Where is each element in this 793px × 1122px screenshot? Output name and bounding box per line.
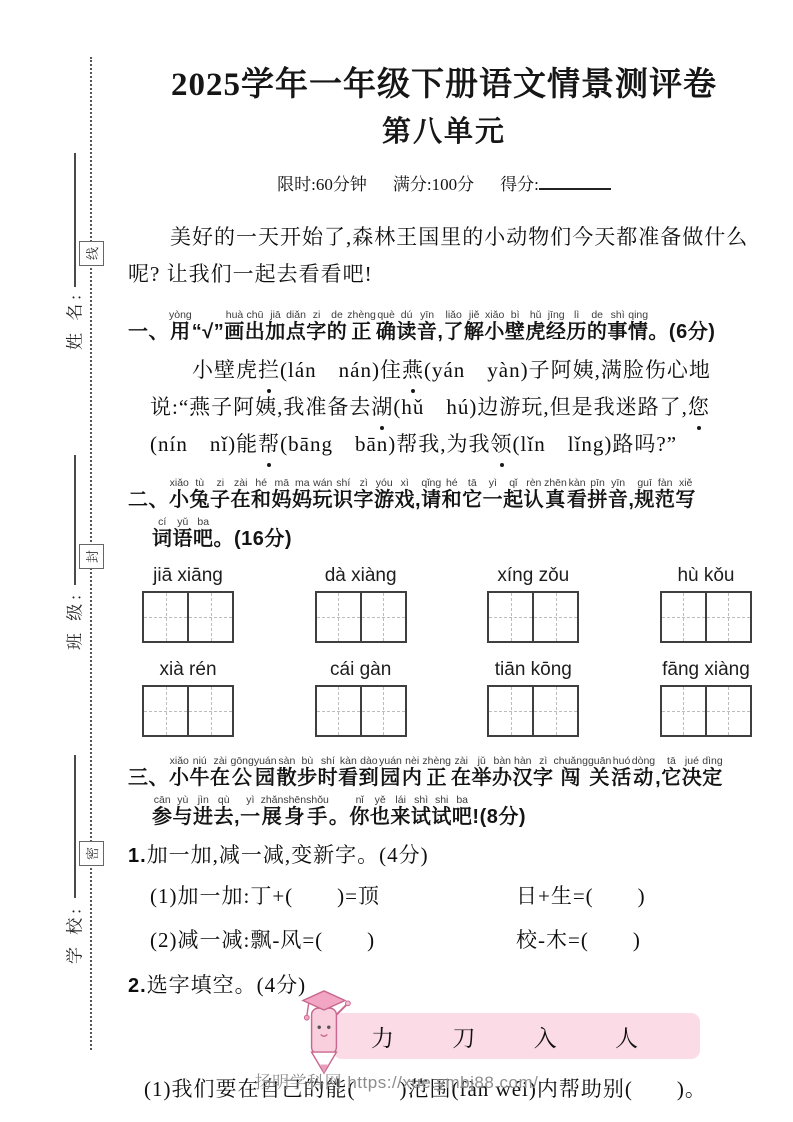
word-entry: xià rén [142,659,234,737]
intro-line-2: 呢? 让我们一起去看看吧! [128,256,760,293]
question2-title: 2.选字填空。(4分) [128,969,760,999]
choice-char: 力 [371,1020,394,1053]
word-pinyin: hù kǒu [660,565,752,587]
choice-char: 入 [534,1020,557,1053]
school-fill-line[interactable] [74,755,76,898]
full-score: 满分:100分 [393,175,474,194]
word-grid-row-1: jiā xiāng dà xiàng xíng zǒu hù kǒu [142,565,752,643]
time-limit: 限时:60分钟 [277,175,367,194]
word-pinyin: cái gàn [315,659,407,681]
word-pinyin: jiā xiāng [142,565,234,587]
question1-row1: (1)加一加:丁+( )=顶 日+生=( ) [128,879,760,913]
q1-row2-right: 校-木=( ) [516,923,641,957]
seal-char-mi: 密 [79,841,104,866]
intro-line-1: 美好的一天开始了,森林王国里的小动物们今天都准备做什么 [128,219,760,256]
pencil-mascot-icon [295,989,353,1075]
word-entry: dà xiàng [315,565,407,643]
exam-info-line: 限时:60分钟满分:100分得分: [128,170,760,195]
seal-char-xian: 线 [79,241,104,266]
writing-grid[interactable] [660,685,752,737]
q1-row2-left: (2)减一减:飘-风=( ) [150,928,375,952]
choice-box: 力 刀 入 人 [333,1013,700,1059]
q1-row1-left: (1)加一加:丁+( )=顶 [150,884,380,908]
intro-paragraph: 美好的一天开始了,森林王国里的小动物们今天都准备做什么 呢? 让我们一起去看看吧… [128,219,760,293]
writing-grid[interactable] [142,591,234,643]
choice-char: 人 [615,1020,638,1053]
writing-grid[interactable] [660,591,752,643]
test-paper-page: 姓 名: 班 级: 学 校: 线 封 密 2025学年一年级下册语文情景测评卷 … [0,0,793,1122]
name-fill-line[interactable] [74,153,76,287]
passage-line: 小壁虎拦(lán nán)住燕(yán yàn)子阿姨,满脸伤心地 [150,352,760,389]
word-entry: hù kǒu [660,565,752,643]
writing-grid[interactable] [487,591,579,643]
class-label: 班 级: [61,573,86,669]
section1-passage: 小壁虎拦(lán nán)住燕(yán yàn)子阿姨,满脸伤心地 说:“燕子阿… [128,352,760,463]
section3-heading-line1: 三、小xiǎo牛niú在zài公gōng园yuán散sàn步bù时shí看kàn… [128,755,760,788]
writing-grid[interactable] [142,685,234,737]
word-entry: xíng zǒu [487,565,579,643]
seal-char-feng: 封 [79,544,104,569]
class-fill-line[interactable] [74,455,76,585]
q1-row1-right: 日+生=( ) [516,879,646,913]
name-label: 姓 名: [61,273,86,369]
writing-grid[interactable] [315,685,407,737]
question1-number: 1. [128,845,147,867]
word-entry: tiān kōng [487,659,579,737]
section3-heading-line2: 参cān与yù进jìn去qù,一yì展zhǎn身shēn手shǒu。你nǐ也yě… [128,794,760,827]
section2-heading-line1: 二、小xiǎo兔tù子zi在zài和hé妈mā妈ma玩wán识shí字zì游yó… [128,477,760,510]
word-pinyin: dà xiàng [315,565,407,587]
passage-line: 说:“燕子阿姨,我准备去湖(hǔ hú)边游玩,但是我迷路了,您 [150,389,760,426]
word-pinyin: fāng xiàng [660,659,752,681]
word-pinyin: xià rén [142,659,234,681]
score-label: 得分: [500,175,539,194]
school-label: 学 校: [61,887,86,983]
choice-box-wrap: 力 刀 入 人 [333,1013,700,1059]
paper-title: 2025学年一年级下册语文情景测评卷 [128,58,760,105]
footer-watermark: 扬明学科网 https://xue.ymbj88.com/ [0,1068,793,1093]
writing-grid[interactable] [315,591,407,643]
passage-line: (nín nǐ)能帮(bāng bān)帮我,为我领(lǐn lǐng)路吗?” [150,426,760,463]
word-pinyin: xíng zǒu [487,565,579,587]
word-entry: cái gàn [315,659,407,737]
choice-char: 刀 [452,1020,475,1053]
section2-heading-line2: 词cí语yǔ吧ba。(16分) [128,516,760,549]
word-grid-row-2: xià rén cái gàn tiān kōng fāng xiàng [142,659,752,737]
unit-title: 第八单元 [128,109,760,150]
question2-number: 2. [128,975,147,997]
score-blank[interactable] [539,174,611,190]
word-entry: fāng xiàng [660,659,752,737]
section1-heading: 一、用yòng“√”画huà出chū加jiā点diǎn字zi的de正zhèng确… [128,309,760,342]
question1-row2: (2)减一减:飘-风=( ) 校-木=( ) [128,923,760,957]
word-entry: jiā xiāng [142,565,234,643]
writing-grid[interactable] [487,685,579,737]
question1-title: 1.加一加,减一减,变新字。(4分) [128,839,760,869]
word-pinyin: tiān kōng [487,659,579,681]
main-content: 2025学年一年级下册语文情景测评卷 第八单元 限时:60分钟满分:100分得分… [128,0,760,1103]
